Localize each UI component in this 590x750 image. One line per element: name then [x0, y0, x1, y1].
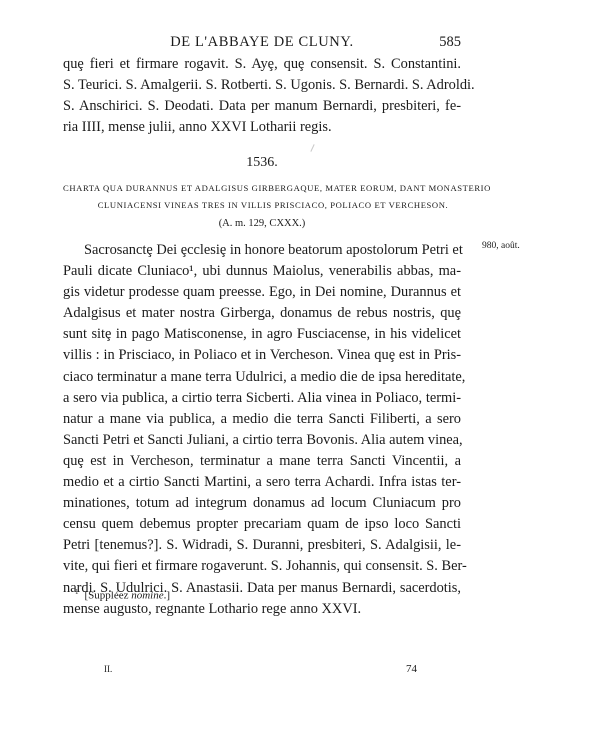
- text-line: vite, qui fieri et firmare rogaverunt. S…: [63, 556, 461, 577]
- page-number: 585: [439, 34, 461, 51]
- text-line: ria IIII, mense julii, anno XXVI Lothari…: [63, 117, 461, 138]
- text-line: a sero via publica, a cirtio terra Sicbe…: [63, 388, 461, 409]
- summary-line: CHARTA QUA DURANNUS ET ADALGISUS GIRBERG…: [63, 180, 483, 197]
- charter-body: Sacrosanctȩ Dei ȩcclesiȩ in honore beato…: [63, 240, 461, 620]
- text-line: S. Anschirici. S. Deodati. Data per manu…: [63, 96, 461, 117]
- margin-date: 980, août.: [482, 241, 520, 251]
- signature-number: 74: [406, 663, 417, 675]
- text-line: medio et a cirtio Sancti Martini, a sero…: [63, 472, 461, 493]
- text-line: sunt sitȩ in pago Matisconense, in agro …: [63, 324, 461, 345]
- document-page: DE L'ABBAYE DE CLUNY. 585 quȩ fieri et f…: [0, 0, 590, 750]
- text-line: Adalgisus et mater nostra Girberga, dona…: [63, 303, 461, 324]
- summary-line: CLUNIACENSI VINEAS TRES IN VILLIS PRISCI…: [63, 197, 483, 214]
- text-line: quȩ est in Vercheson, terminatur a mane …: [63, 451, 461, 472]
- text-line: mense augusto, regnante Lothario rege an…: [63, 599, 461, 620]
- text-line: Pauli dicate Cluniaco¹, ubi dunnus Maiol…: [63, 261, 461, 282]
- text-line: Petri [tenemus?]. S. Widradi, S. Duranni…: [63, 535, 461, 556]
- charter-number: 1536.: [63, 155, 461, 171]
- text-line: Sacrosanctȩ Dei ȩcclesiȩ in honore beato…: [63, 240, 461, 261]
- running-head: DE L'ABBAYE DE CLUNY. 585: [63, 34, 461, 54]
- previous-charter-ending: quȩ fieri et firmare rogavit. S. Ayȩ, qu…: [63, 54, 461, 138]
- footnote: 1[Suppléez nomine.]: [75, 588, 170, 602]
- text-line: villis : in Prisciaco, in Poliaco et in …: [63, 345, 461, 366]
- text-line: natur a mane via publica, a medio die te…: [63, 409, 461, 430]
- text-line: censu quem debemus propter precariam qua…: [63, 514, 461, 535]
- footnote-text-italic: nomine: [131, 590, 163, 602]
- charter-summary: CHARTA QUA DURANNUS ET ADALGISUS GIRBERG…: [63, 180, 483, 214]
- scan-mark: [310, 144, 314, 152]
- footnote-text-suffix: .]: [164, 590, 170, 602]
- footnote-marker: 1: [75, 588, 79, 596]
- text-line: ciaco terminatur a mane terra Udulrici, …: [63, 367, 461, 388]
- text-line: quȩ fieri et firmare rogavit. S. Ayȩ, qu…: [63, 54, 461, 75]
- text-line: S. Teurici. S. Amalgerii. S. Rotberti. S…: [63, 75, 461, 96]
- volume-mark: II.: [104, 664, 112, 674]
- footnote-text-prefix: [Suppléez: [85, 590, 132, 602]
- running-head-title: DE L'ABBAYE DE CLUNY.: [63, 34, 461, 51]
- text-line: gis videtur prodesse quam preesse. Ego, …: [63, 282, 461, 303]
- source-reference: (A. m. 129, CXXX.): [63, 218, 461, 229]
- text-line: minationes, totum ad integrum donamus ad…: [63, 493, 461, 514]
- text-line: Sancti Petri et Sancti Juliani, a cirtio…: [63, 430, 461, 451]
